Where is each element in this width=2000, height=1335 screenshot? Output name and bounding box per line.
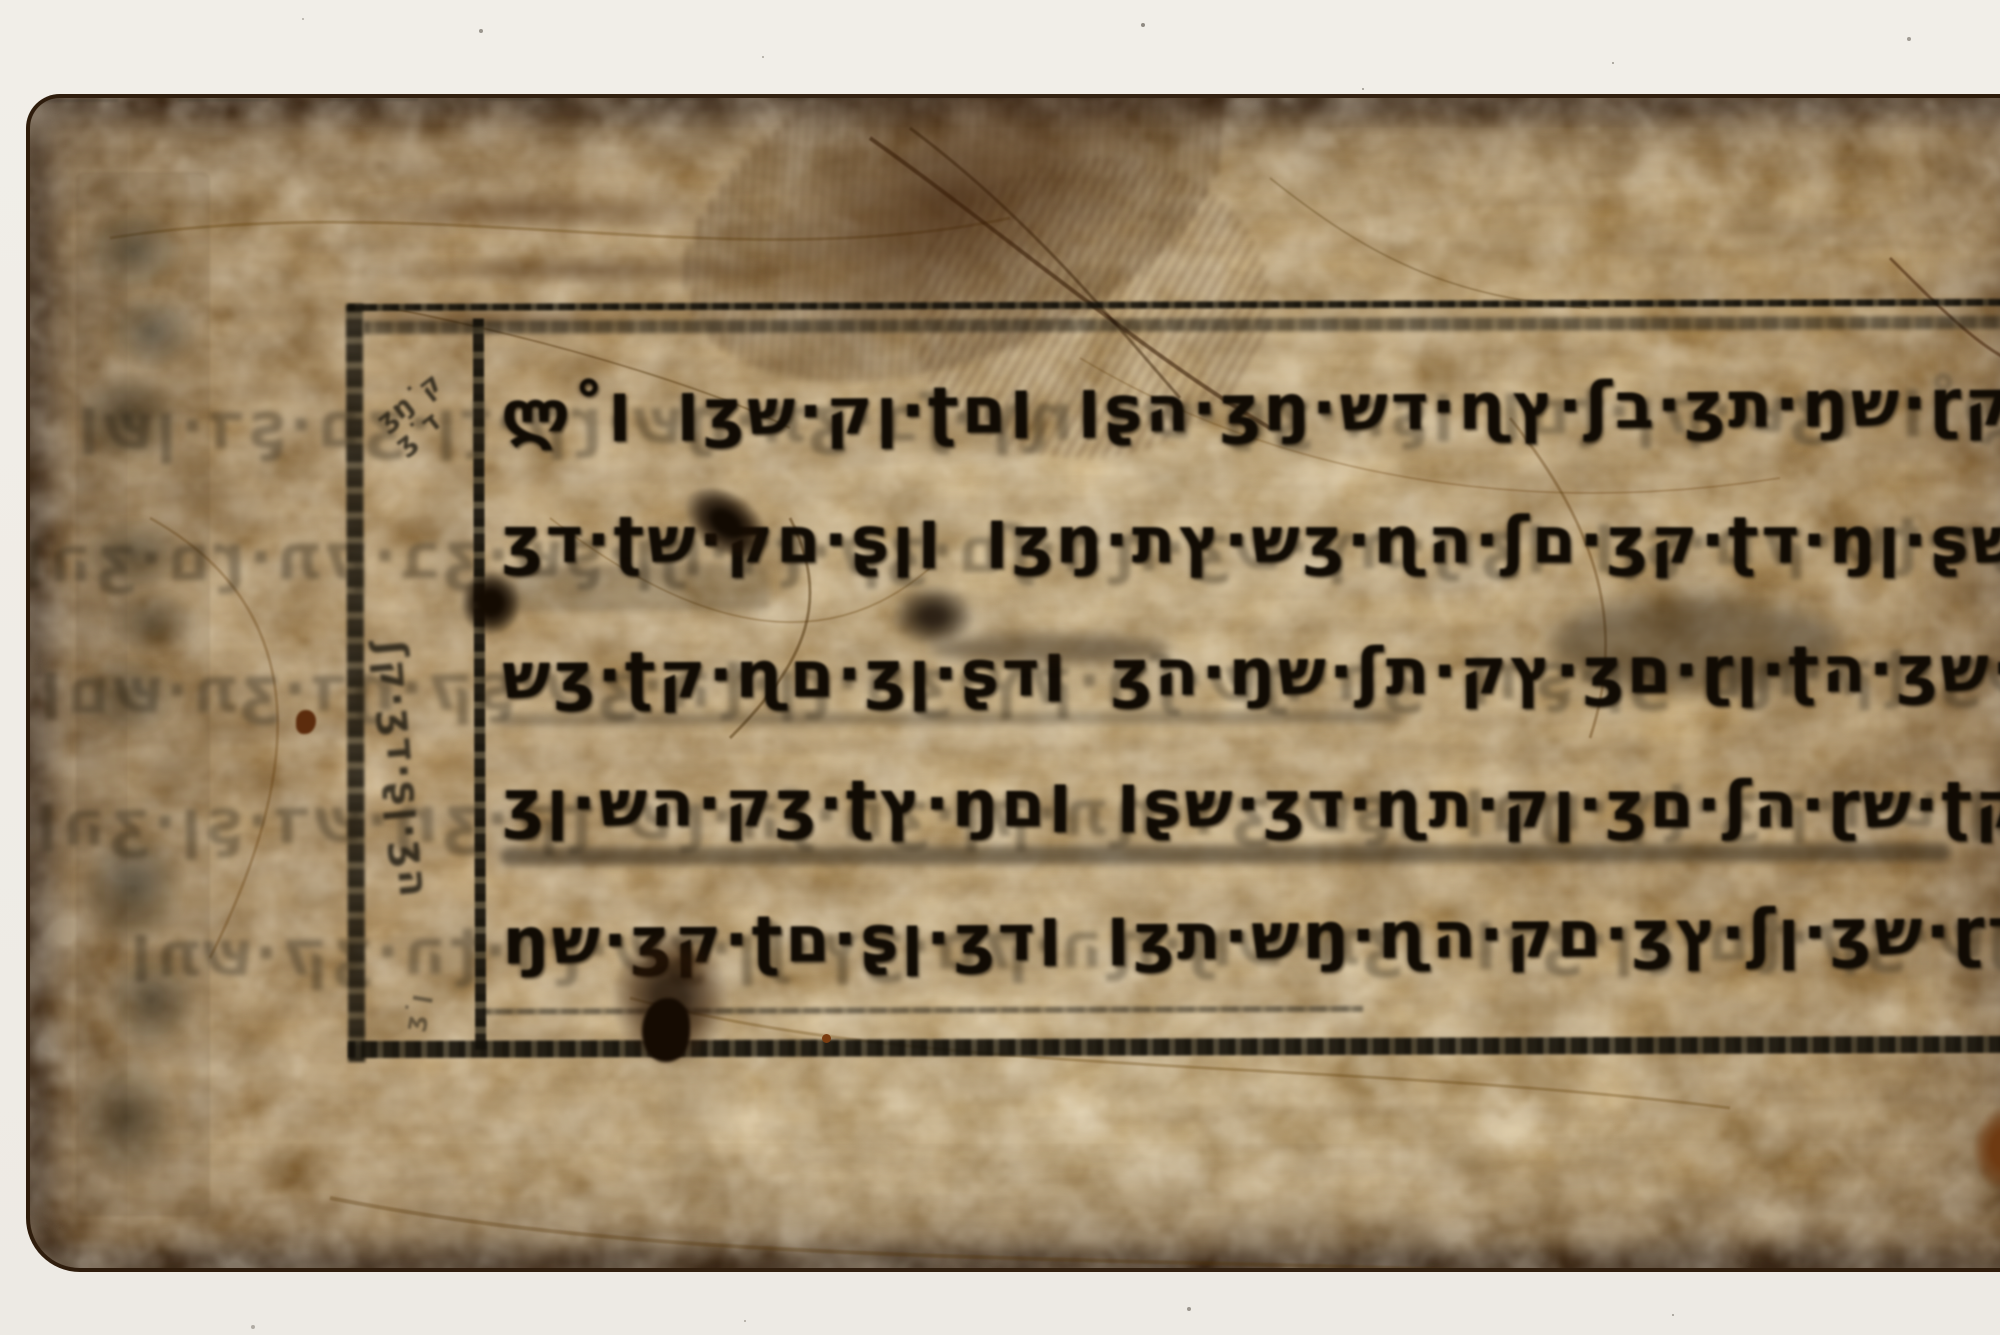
text-line-1: ლ˚׀ ׀ʒש·קן·ʈם׀ ׀ʂה·ʒŋ·שד·ɳץ·ʃב·ʒת·ŋש·ɽק·… <box>501 351 2000 474</box>
printed-text-frame: ʒŋ˙ק ʒ˙ד ʃק·ʒד·ʂן·ʒה ʒ˙ן ლ˚׀ ׀ʒש·קן·ʈם׀ … <box>28 94 2000 1269</box>
faint-guide-line <box>28 95 1240 102</box>
ink-smear-patch <box>510 565 770 612</box>
frame-top-inner-rule <box>363 316 2000 334</box>
text-line-5: ŋש·ʒק·ʈם·ʂן·ʒד׀ ׀ʒת·שŋ·ɳה·קם·ʒץ·ʃן·ʒש·ɽד… <box>502 880 2000 1002</box>
frame-bottom-outer-rule <box>348 1036 2000 1058</box>
manuscript-leaf: ʒŋ˙ק ʒ˙ד ʃק·ʒד·ʂן·ʒה ʒ˙ן ლ˚׀ ׀ʒש·קן·ʈם׀ … <box>26 94 2000 1272</box>
margin-note-lower: ʒ˙ן <box>398 992 433 1034</box>
frame-top-outer-rule <box>348 299 2000 311</box>
dust-specks <box>0 0 2 2</box>
scanner-background: { "page": { "text_block": { "lines": [ "… <box>0 0 2000 1335</box>
